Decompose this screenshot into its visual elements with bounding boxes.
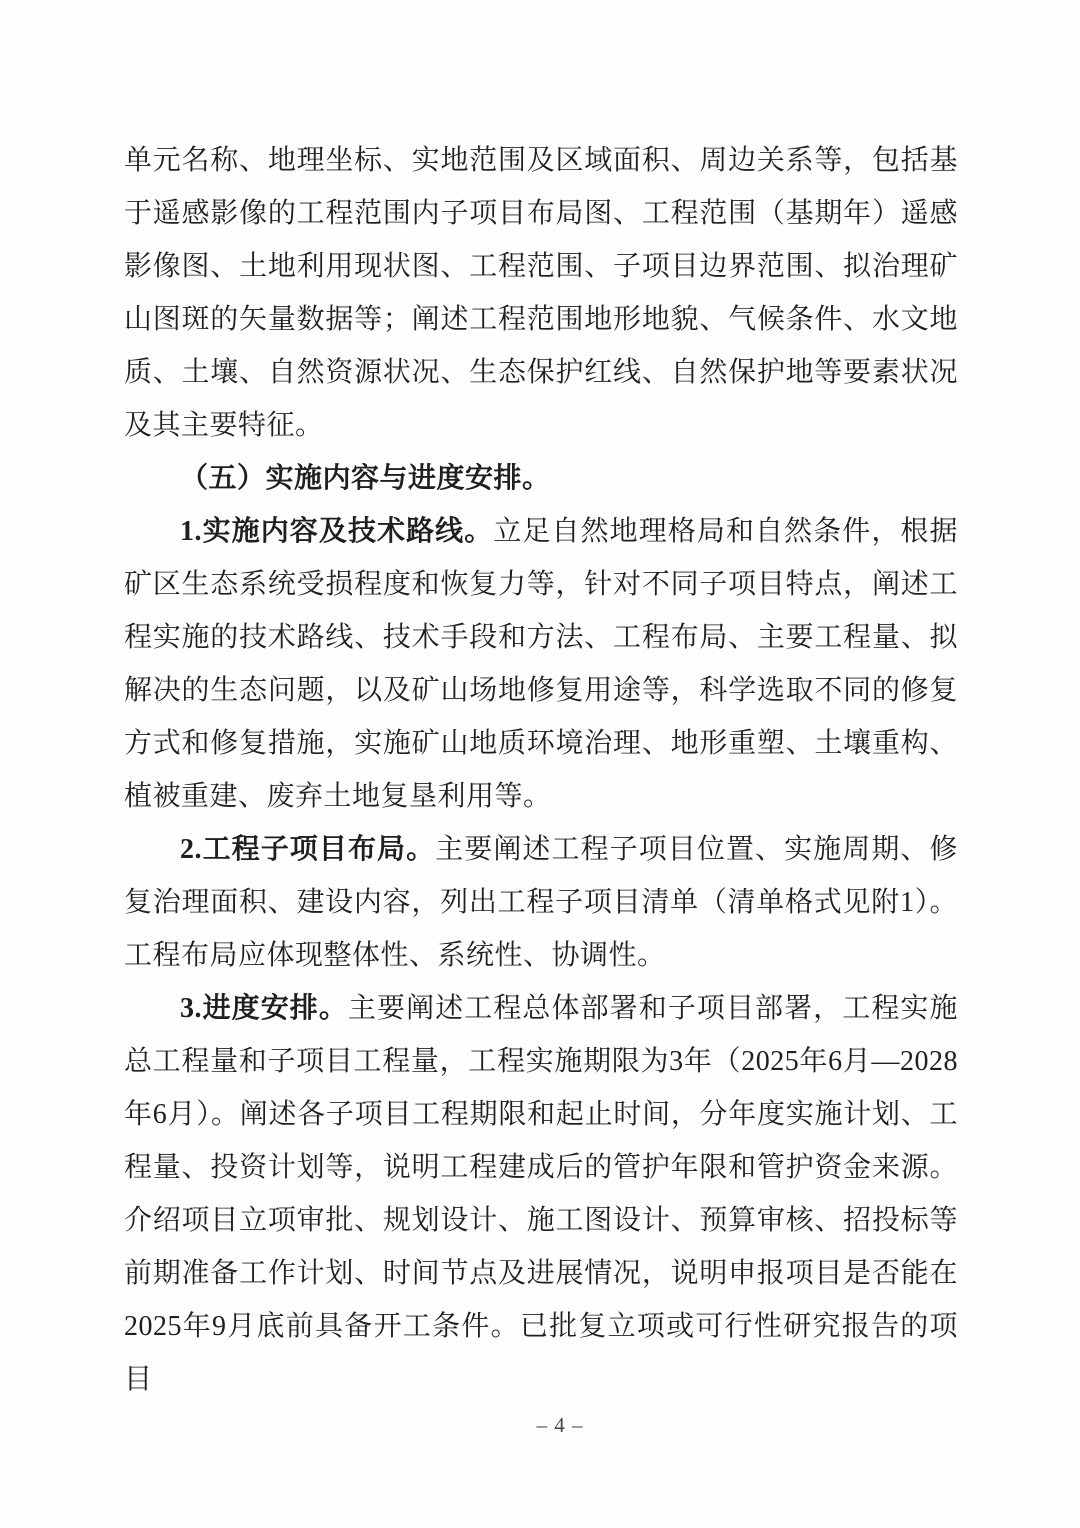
text-run: 程量、投资计划等，说明工程建成后的管护年限和管护资金来源。 [124, 1152, 958, 1183]
text-line-11: 解决的生态问题，以及矿山场地修复用途等，科学选取不同的修复 [124, 664, 958, 717]
text-run: 影像图、土地利用现状图、工程范围、子项目边界范围、拟治理矿 [124, 251, 958, 282]
text-line-03: 影像图、土地利用现状图、工程范围、子项目边界范围、拟治理矿 [124, 240, 958, 293]
text-run: 主要阐述工程子项目位置、实施周期、修 [435, 834, 958, 865]
text-line-14: 2.工程子项目布局。主要阐述工程子项目位置、实施周期、修 [124, 823, 958, 876]
text-line-10: 程实施的技术路线、技术手段和方法、工程布局、主要工程量、拟 [124, 611, 958, 664]
text-line-04: 山图斑的矢量数据等；阐述工程范围地形地貌、气候条件、水文地 [124, 293, 958, 346]
text-run: 总工程量和子项目工程量，工程实施期限为3年（2025年6月—2028 [124, 1046, 958, 1077]
page-number: – 4 – [126, 1413, 994, 1438]
text-line-01: 单元名称、地理坐标、实地范围及区域面积、周边关系等，包括基 [124, 134, 958, 187]
text-line-02: 于遥感影像的工程范围内子项目布局图、工程范围（基期年）遥感 [124, 187, 958, 240]
text-line-21: 介绍项目立项审批、规划设计、施工图设计、预算审核、招投标等 [124, 1194, 958, 1247]
bold-run: 2.工程子项目布局。 [180, 834, 435, 865]
document-body: 单元名称、地理坐标、实地范围及区域面积、周边关系等，包括基 于遥感影像的工程范围… [124, 134, 958, 1406]
text-line-05: 质、土壤、自然资源状况、生态保护红线、自然保护地等要素状况 [124, 346, 958, 399]
text-line-13: 植被重建、废弃土地复垦利用等。 [124, 770, 958, 823]
text-line-09: 矿区生态系统受损程度和恢复力等，针对不同子项目特点，阐述工 [124, 558, 958, 611]
text-run: 单元名称、地理坐标、实地范围及区域面积、周边关系等，包括基 [124, 145, 958, 176]
text-run: 植被重建、废弃土地复垦利用等。 [124, 781, 552, 812]
text-line-15: 复治理面积、建设内容，列出工程子项目清单（清单格式见附1）。 [124, 876, 958, 929]
section-heading: （五）实施内容与进度安排。 [124, 452, 958, 505]
text-line-12: 方式和修复措施，实施矿山地质环境治理、地形重塑、土壤重构、 [124, 717, 958, 770]
text-run: 质、土壤、自然资源状况、生态保护红线、自然保护地等要素状况 [124, 357, 958, 388]
text-line-16: 工程布局应体现整体性、系统性、协调性。 [124, 929, 958, 982]
text-line-19: 年6月）。阐述各子项目工程期限和起止时间，分年度实施计划、工 [124, 1088, 958, 1141]
text-run: 复治理面积、建设内容，列出工程子项目清单（清单格式见附1）。 [124, 887, 958, 918]
bold-run: 1.实施内容及技术路线。 [180, 516, 493, 547]
text-run: 及其主要特征。 [124, 410, 324, 441]
text-run: 年6月）。阐述各子项目工程期限和起止时间，分年度实施计划、工 [124, 1099, 958, 1130]
text-line-08: 1.实施内容及技术路线。立足自然地理格局和自然条件，根据 [124, 505, 958, 558]
text-run: 前期准备工作计划、时间节点及进展情况，说明申报项目是否能在 [124, 1258, 958, 1289]
text-run: 于遥感影像的工程范围内子项目布局图、工程范围（基期年）遥感 [124, 198, 958, 229]
text-run: 程实施的技术路线、技术手段和方法、工程布局、主要工程量、拟 [124, 622, 958, 653]
text-run: 矿区生态系统受损程度和恢复力等，针对不同子项目特点，阐述工 [124, 569, 958, 600]
text-line-23: 2025年9月底前具备开工条件。已批复立项或可行性研究报告的项目 [124, 1300, 958, 1406]
text-run: 立足自然地理格局和自然条件，根据 [493, 516, 958, 547]
text-run: 山图斑的矢量数据等；阐述工程范围地形地貌、气候条件、水文地 [124, 304, 958, 335]
text-line-20: 程量、投资计划等，说明工程建成后的管护年限和管护资金来源。 [124, 1141, 958, 1194]
text-line-18: 总工程量和子项目工程量，工程实施期限为3年（2025年6月—2028 [124, 1035, 958, 1088]
document-page: 单元名称、地理坐标、实地范围及区域面积、周边关系等，包括基 于遥感影像的工程范围… [0, 0, 1080, 1528]
text-run: 工程布局应体现整体性、系统性、协调性。 [124, 940, 666, 971]
text-run: 解决的生态问题，以及矿山场地修复用途等，科学选取不同的修复 [124, 675, 958, 706]
text-line-17: 3.进度安排。主要阐述工程总体部署和子项目部署，工程实施 [124, 982, 958, 1035]
text-run: 方式和修复措施，实施矿山地质环境治理、地形重塑、土壤重构、 [124, 728, 958, 759]
text-line-06: 及其主要特征。 [124, 399, 958, 452]
text-line-22: 前期准备工作计划、时间节点及进展情况，说明申报项目是否能在 [124, 1247, 958, 1300]
text-run: 主要阐述工程总体部署和子项目部署，工程实施 [348, 993, 958, 1024]
text-run: 2025年9月底前具备开工条件。已批复立项或可行性研究报告的项目 [124, 1311, 958, 1395]
bold-run: 3.进度安排。 [180, 993, 348, 1024]
text-run: 介绍项目立项审批、规划设计、施工图设计、预算审核、招投标等 [124, 1205, 958, 1236]
bold-run: （五）实施内容与进度安排。 [180, 463, 551, 494]
